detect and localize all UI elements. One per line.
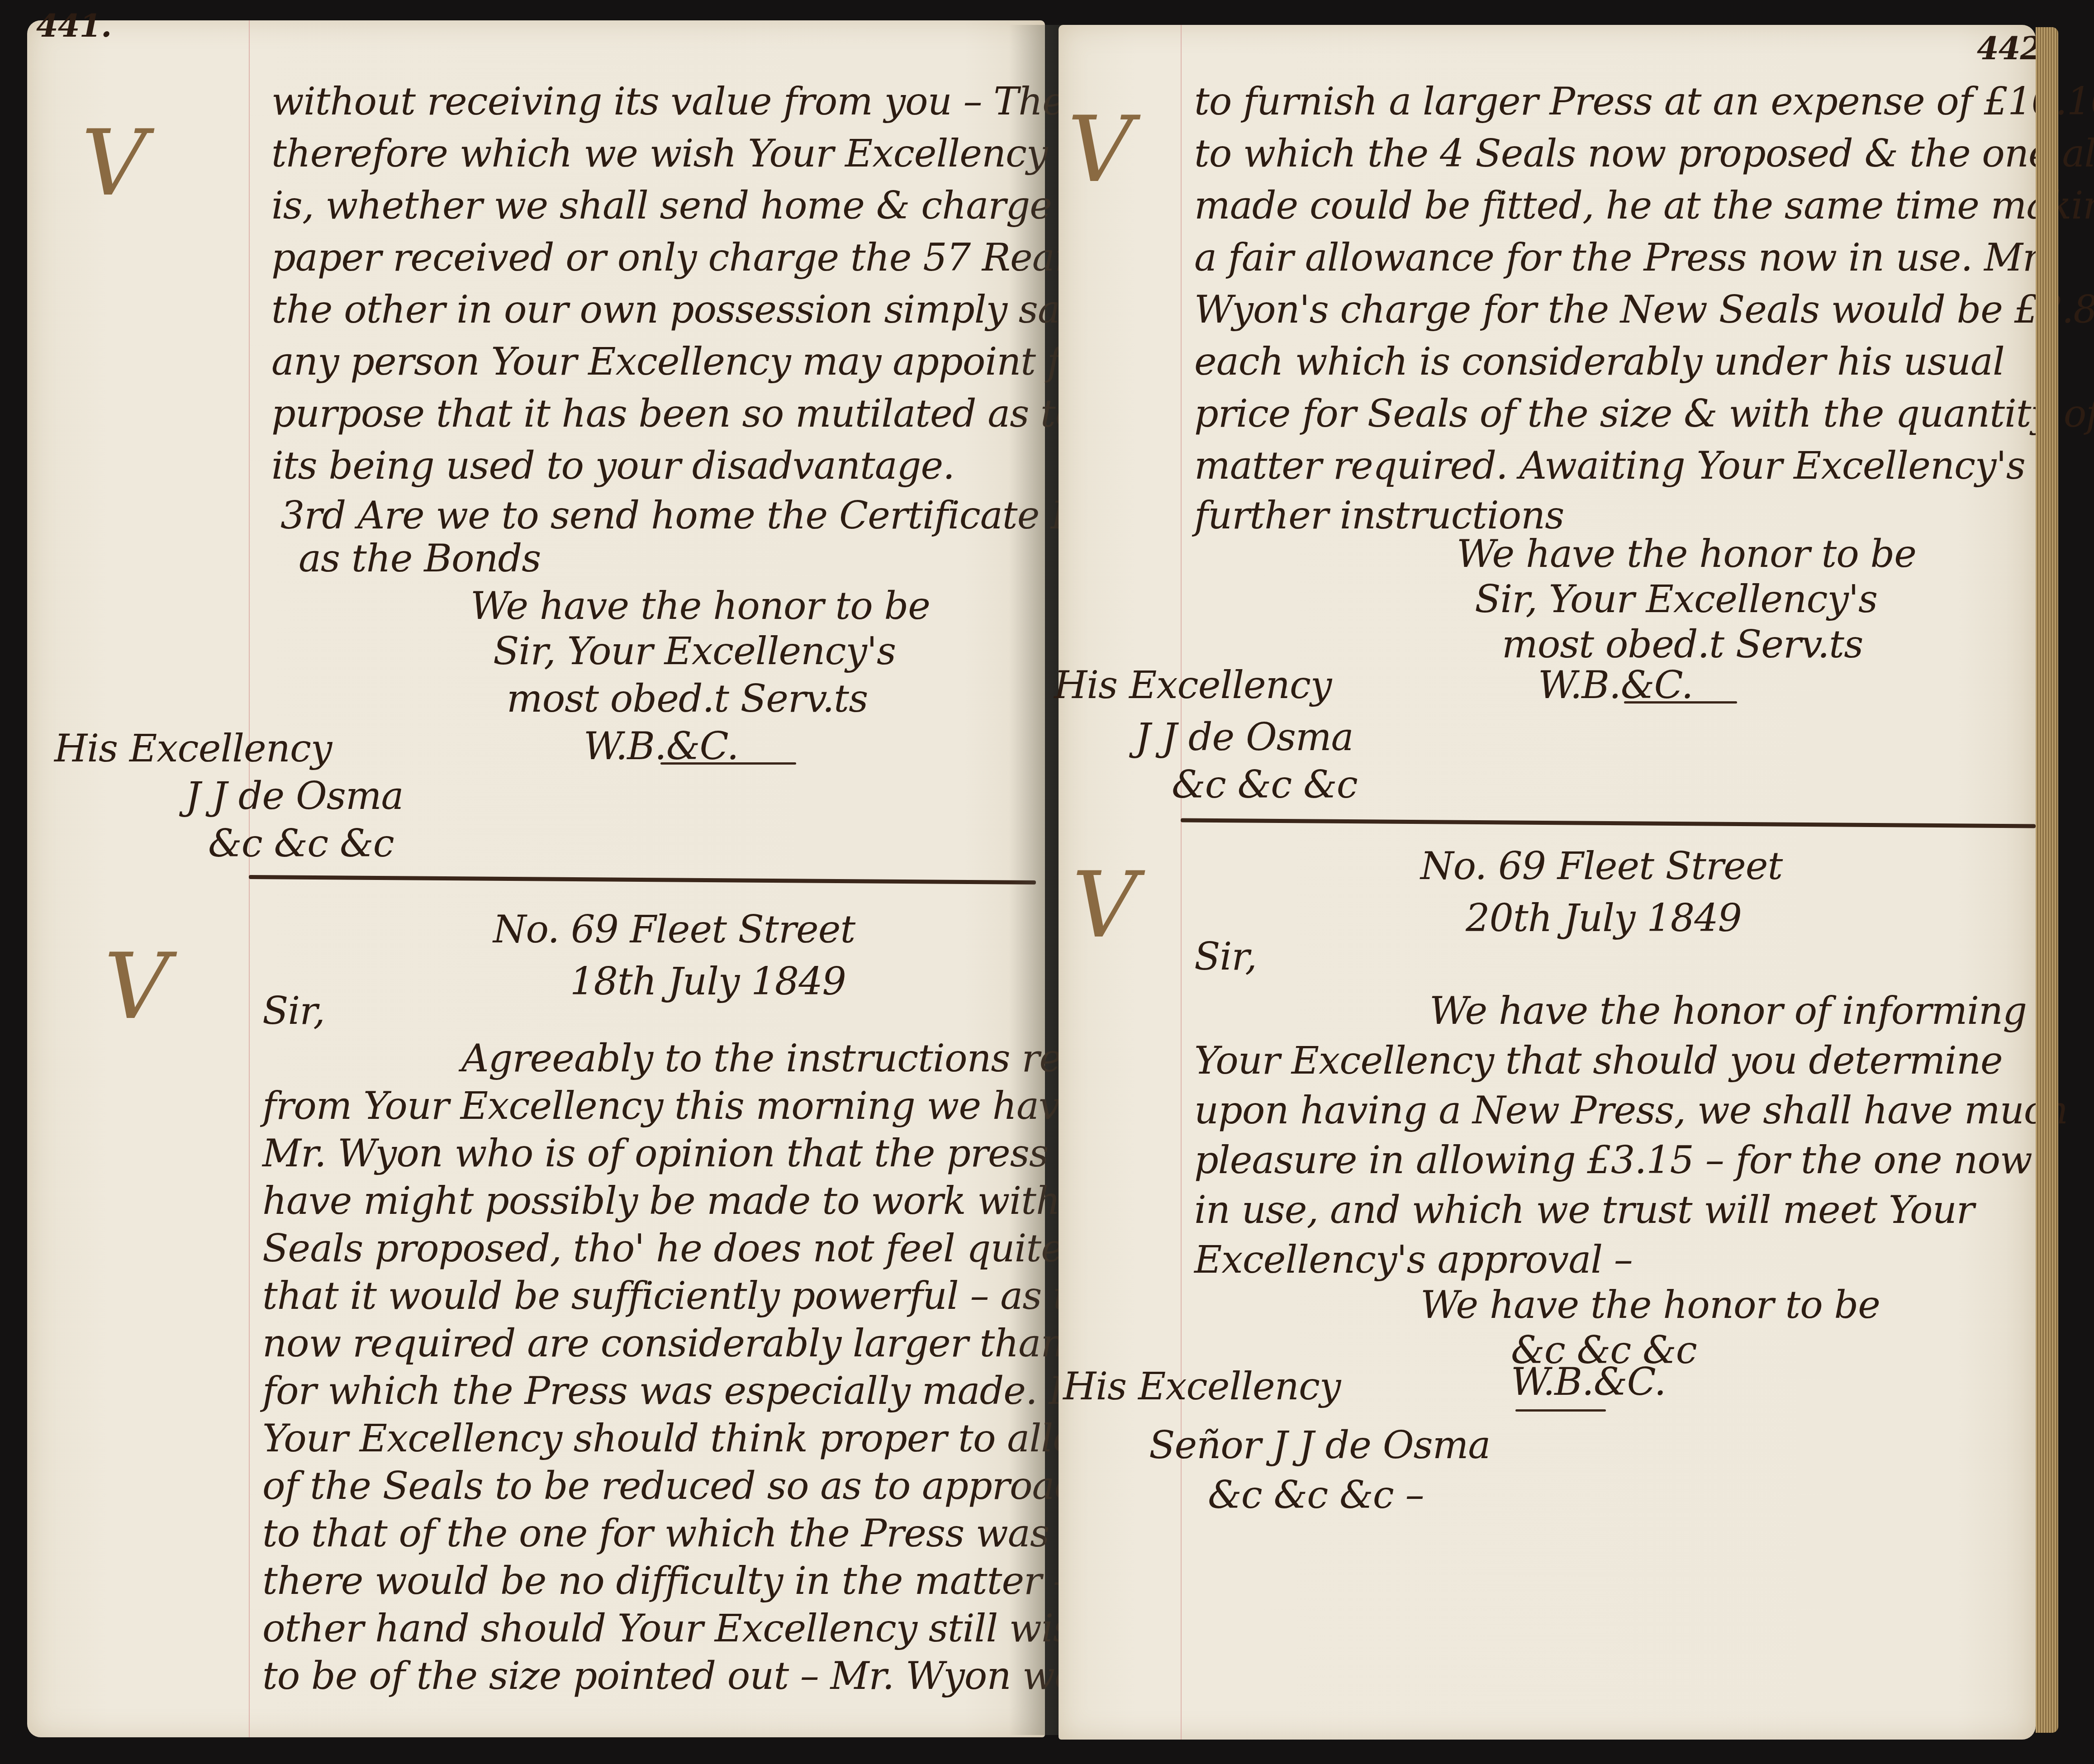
letter-divider-line	[249, 875, 1036, 884]
text-line: its being used to your disadvantage.	[271, 443, 954, 488]
salutation: Sir,	[262, 989, 325, 1033]
text-line: We have the honor of informing	[1429, 989, 2027, 1033]
addressee-line: &c &c &c	[208, 821, 394, 865]
text-line: have might possibly be made to work with…	[262, 1179, 1132, 1223]
left-page: 441. V V without receiving its value fro…	[27, 20, 1045, 1737]
addressee-line: &c &c &c	[1172, 762, 1358, 807]
closing-line: We have the honor to be	[1457, 532, 1916, 576]
text-line: in use, and which we trust will meet You…	[1194, 1188, 1974, 1232]
margin-tick-mark: V	[1068, 97, 1133, 203]
closing-line: We have the honor to be	[1420, 1283, 1880, 1327]
text-line: upon having a New Press, we shall have m…	[1194, 1088, 2069, 1132]
closing-line: most obed.t Serv.ts	[1502, 622, 1863, 666]
text-line: made could be fitted, he at the same tim…	[1194, 183, 2094, 228]
text-line: price for Seals of the size & with the q…	[1194, 391, 2094, 436]
letter-address: No. 69 Fleet Street	[493, 907, 855, 951]
text-line: pleasure in allowing £3.15 – for the one…	[1194, 1138, 2032, 1182]
closing-line: We have the honor to be	[470, 584, 930, 628]
text-line: each which is considerably under his usu…	[1194, 339, 2004, 384]
folio-number: 441.	[36, 7, 112, 44]
closing-line: most obed.t Serv.ts	[507, 676, 868, 721]
signature: W.B.&C.	[1538, 663, 1693, 707]
text-line: further instructions	[1194, 493, 1564, 537]
letter-date: 20th July 1849	[1466, 896, 1742, 940]
signature-flourish	[1624, 701, 1737, 704]
margin-tick-mark: V	[104, 934, 169, 1040]
margin-tick-mark: V	[81, 111, 147, 216]
text-line: Your Excellency that should you determin…	[1194, 1038, 2003, 1083]
letter-address: No. 69 Fleet Street	[1420, 844, 1782, 888]
margin-rule	[1181, 25, 1182, 1740]
right-page: 442. V V to furnish a larger Press at an…	[1059, 25, 2036, 1740]
closing-line: Sir, Your Excellency's	[493, 629, 896, 673]
signature-flourish	[660, 762, 796, 765]
addressee-line: J J de Osma	[1135, 715, 1353, 759]
addressee-line: Señor J J de Osma	[1149, 1423, 1490, 1467]
signature: W.B.&C.	[1511, 1360, 1666, 1404]
text-line: matter required. Awaiting Your Excellenc…	[1194, 443, 2025, 488]
text-line: as the Bonds	[299, 536, 541, 580]
open-letter-book: 441. V V without receiving its value fro…	[0, 0, 2094, 1764]
signature-flourish	[1515, 1409, 1606, 1412]
signature: W.B.&C.	[584, 724, 739, 768]
text-line: to furnish a larger Press at an expense …	[1194, 79, 2094, 124]
letter-divider-line	[1181, 818, 2036, 828]
salutation: Sir,	[1194, 934, 1257, 979]
text-line: Excellency's approval –	[1194, 1237, 1633, 1282]
addressee-line: His Excellency	[1063, 1364, 1340, 1408]
addressee-line: His Excellency	[54, 726, 332, 770]
text-line: a fair allowance for the Press now in us…	[1194, 235, 2048, 280]
text-line: to which the 4 Seals now proposed & the …	[1194, 131, 2094, 176]
text-line: Wyon's charge for the New Seals would be…	[1194, 287, 2094, 332]
addressee-line: &c &c &c –	[1208, 1473, 1424, 1517]
addressee-line: J J de Osma	[185, 774, 404, 818]
page-block-edge	[2036, 27, 2058, 1733]
letter-date: 18th July 1849	[570, 959, 846, 1003]
margin-tick-mark: V	[1072, 853, 1137, 958]
closing-line: Sir, Your Excellency's	[1475, 577, 1877, 621]
addressee-line: His Excellency	[1054, 663, 1331, 707]
